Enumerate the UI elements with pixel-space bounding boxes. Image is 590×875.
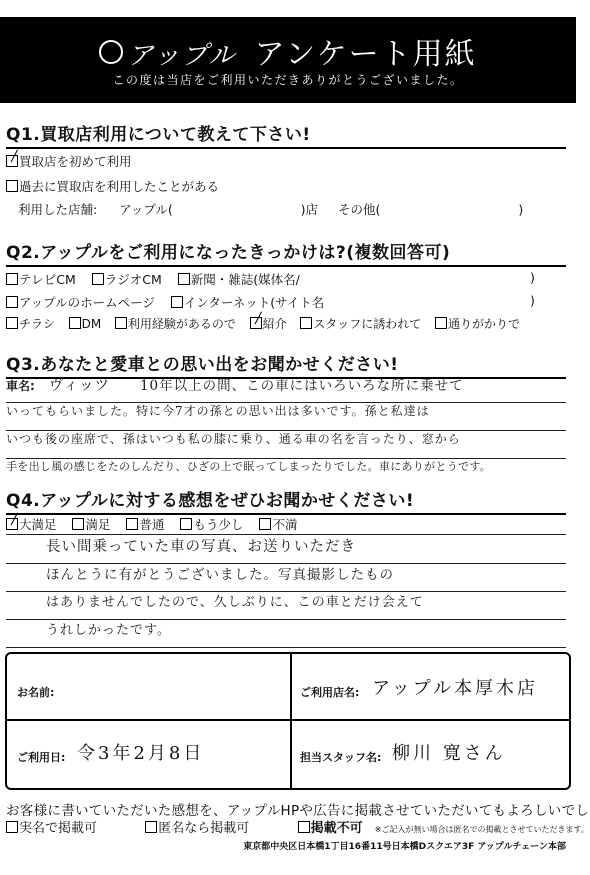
form-title: アンケート用紙 [254, 37, 476, 72]
q3-text: いってもらいました。特に今7才の孫との思い出は多いです。孫と私達は [6, 404, 430, 418]
option-label: 利用経験があるので [128, 317, 236, 331]
checkbox[interactable] [145, 821, 157, 833]
rating-very-satisfied[interactable]: 大満足 [6, 517, 57, 532]
option-label: 匿名なら掲載可 [158, 821, 249, 836]
checkbox[interactable] [259, 518, 271, 530]
q1-store-line: 利用した店舗: アップル( )店 その他( ) [18, 200, 523, 218]
staff-cell[interactable]: 担当スタッフ名: 柳川 寛さん [292, 721, 569, 788]
permission-anonymous[interactable]: 匿名なら掲載可 [145, 821, 249, 836]
publish-permission-question: お客様に書いていただいた感想を、アップルHPや広告に掲載させていただいてもよろし… [6, 799, 590, 819]
apple-logo-icon [99, 40, 123, 64]
option-label: アップルのホームページ [19, 295, 155, 310]
q3-text: いつも後の座席で、孫はいつも私の膝に乗り、通る車の名を言ったり、窓から [6, 432, 461, 446]
rating-satisfied[interactable]: 満足 [72, 517, 110, 532]
q3-text: 手を出し風の感じをたのしんだり、ひざの上で眠ってしまったりでした。車にありがとう… [6, 460, 491, 473]
q2-option-radio[interactable]: ラジオCM [92, 272, 162, 287]
q2-option-tv[interactable]: テレビCM [6, 272, 76, 287]
q1-option-first-time[interactable]: 買取店を初めて利用 [6, 152, 132, 170]
close-paren: ) [530, 270, 535, 285]
checkbox[interactable] [300, 317, 312, 329]
staff-label: 担当スタッフ名: [300, 749, 381, 765]
apple-store-suffix: )店 [301, 202, 318, 217]
q2-row-1: テレビCM ラジオCM 新聞・雑誌(媒体名/ ) [6, 270, 546, 288]
date-value: 令3年2月8日 [77, 739, 204, 765]
checkbox[interactable] [126, 518, 138, 530]
option-label: 満足 [85, 517, 110, 532]
checkbox[interactable] [6, 273, 18, 285]
q1-option-previous[interactable]: 過去に買取店を利用したことがある [6, 177, 219, 195]
car-name-value: ヴィッツ [49, 378, 110, 394]
store-label: 利用した店舗: [18, 202, 97, 217]
q4-heading: Q4.アップルに対する感想をぜひお聞かせください! [6, 486, 566, 515]
q2-option-experience[interactable]: 利用経験があるので [115, 317, 236, 331]
q4-text: うれしかったです。 [46, 623, 171, 638]
q2-option-flyer[interactable]: チラシ [6, 317, 55, 331]
option-label: 不満 [272, 517, 297, 532]
q2-option-internet[interactable]: インターネット(サイト名 [171, 295, 324, 310]
q4-text: はありませんでしたので、久しぶりに、この車とだけ会えて [46, 595, 424, 610]
option-label: 新聞・雑誌(媒体名/ [191, 272, 300, 287]
q1-heading: Q1.買取店利用について教えて下さい! [6, 120, 566, 149]
option-label: スタッフに誘われて [313, 317, 421, 331]
q4-ratings: 大満足 満足 普通 もう少し 不満 [6, 515, 297, 533]
option-label: チラシ [19, 317, 55, 331]
permission-real-name[interactable]: 実名で掲載可 [6, 821, 97, 836]
option-label: インターネット(サイト名 [184, 295, 324, 310]
q2-option-staff[interactable]: スタッフに誘われて [300, 317, 421, 331]
q2-heading: Q2.アップルをご利用になったきっかけは?(複数回答可) [6, 238, 566, 267]
q2-row-3: チラシ DM 利用経験があるので 紹介 スタッフに誘われて 通りがかりで [6, 315, 520, 332]
q4-answer-line-2[interactable]: ほんとうに有がとうございました。写真撮影したもの [6, 563, 566, 592]
store-name-value: アップル本厚木店 [372, 674, 538, 700]
checkbox-checked[interactable] [250, 317, 262, 329]
car-name-label: 車名: [6, 379, 35, 393]
checkbox[interactable] [6, 180, 18, 192]
other-store-suffix: ) [518, 202, 523, 217]
option-label: 過去に買取店を利用したことがある [19, 179, 219, 194]
permission-note: ※ご記入が無い場合は匿名での掲載とさせていただきます。 [375, 825, 589, 834]
q3-answer-line-2[interactable]: いってもらいました。特に今7才の孫との思い出は多いです。孫と私達は [6, 402, 566, 431]
option-label: ラジオCM [105, 272, 162, 287]
q2-option-passing[interactable]: 通りがかりで [435, 317, 520, 331]
thank-you-message: この度は当店をご利用いただきありがとうございました。 [0, 71, 576, 88]
brand-name: アップル [127, 41, 236, 71]
checkbox-checked[interactable] [6, 518, 18, 530]
date-label: ご利用日: [17, 749, 65, 765]
publish-permission-options: 実名で掲載可 匿名なら掲載可 掲載不可 ※ご記入が無い場合は匿名での掲載とさせて… [6, 817, 589, 836]
option-label: 通りがかりで [448, 317, 520, 331]
option-label: 実名で掲載可 [19, 821, 97, 836]
option-label: テレビCM [19, 272, 76, 287]
checkbox[interactable] [92, 273, 104, 285]
other-store-prefix: その他( [338, 202, 380, 217]
q2-option-referral[interactable]: 紹介 [250, 317, 287, 331]
close-paren: ) [530, 293, 535, 308]
checkbox[interactable] [180, 518, 192, 530]
customer-info-box: お名前: ご利用店名: アップル本厚木店 ご利用日: 令3年2月8日 担当スタッ… [5, 652, 571, 790]
checkbox[interactable] [6, 317, 18, 329]
option-label: 大満足 [19, 517, 57, 532]
checkbox[interactable] [178, 273, 190, 285]
q4-answer-line-4[interactable]: うれしかったです。 [6, 619, 566, 648]
checkbox-checked[interactable] [6, 155, 18, 167]
store-cell[interactable]: ご利用店名: アップル本厚木店 [292, 654, 569, 721]
q4-text: 長い間乗っていた車の写真、お送りいただき [46, 539, 356, 555]
banner-title-row: アップルアンケート用紙 [0, 29, 576, 73]
checkbox[interactable] [171, 296, 183, 308]
checkbox[interactable] [6, 296, 18, 308]
rating-needs-improvement[interactable]: もう少し [180, 517, 243, 532]
store-name-label: ご利用店名: [300, 684, 359, 700]
q2-option-homepage[interactable]: アップルのホームページ [6, 295, 155, 310]
option-label: もう少し [193, 517, 243, 532]
rating-average[interactable]: 普通 [126, 517, 164, 532]
apple-store-prefix: アップル( [119, 202, 173, 217]
option-label: 紹介 [263, 317, 287, 331]
option-label: 普通 [139, 517, 164, 532]
checkbox[interactable] [72, 518, 84, 530]
q4-text: ほんとうに有がとうございました。写真撮影したもの [46, 567, 394, 583]
date-cell[interactable]: ご利用日: 令3年2月8日 [7, 721, 292, 788]
q3-text: 10年以上の間、この車にはいろいろな所に乗せて [140, 378, 464, 394]
company-address: 東京都中央区日本橋1丁目16番11号日本橋Dスクエア3F アップルチェーン本部 [243, 839, 566, 852]
name-cell[interactable]: お名前: [7, 654, 292, 721]
checkbox[interactable] [6, 821, 18, 833]
q4-answer-line-1[interactable]: 長い間乗っていた車の写真、お送りいただき [6, 535, 566, 564]
option-label: 掲載不可 [311, 821, 363, 836]
staff-value: 柳川 寛さん [392, 739, 506, 765]
q2-option-dm[interactable]: DM [69, 317, 102, 331]
checkbox[interactable] [298, 821, 310, 833]
q3-answer-line-4[interactable]: 手を出し風の感じをたのしんだり、ひざの上で眠ってしまったりでした。車にありがとう… [6, 458, 566, 486]
checkbox[interactable] [435, 317, 447, 329]
q3-answer-line-1[interactable]: 車名:ヴィッツ10年以上の間、この車にはいろいろな所に乗せて [6, 374, 566, 403]
permission-not-allowed[interactable]: 掲載不可 [298, 821, 363, 836]
q2-row-2: アップルのホームページ インターネット(サイト名 ) [6, 293, 546, 311]
header-banner: アップルアンケート用紙 この度は当店をご利用いただきありがとうございました。 [0, 17, 576, 103]
checkbox[interactable] [69, 317, 81, 329]
option-label: DM [82, 317, 102, 331]
q2-option-newspaper[interactable]: 新聞・雑誌(媒体名/ [178, 272, 300, 287]
q4-answer-line-3[interactable]: はありませんでしたので、久しぶりに、この車とだけ会えて [6, 591, 566, 620]
option-label: 買取店を初めて利用 [19, 154, 132, 169]
checkbox[interactable] [115, 317, 127, 329]
name-label: お名前: [17, 684, 54, 700]
rating-dissatisfied[interactable]: 不満 [259, 517, 297, 532]
q3-answer-line-3[interactable]: いつも後の座席で、孫はいつも私の膝に乗り、通る車の名を言ったり、窓から [6, 430, 566, 459]
